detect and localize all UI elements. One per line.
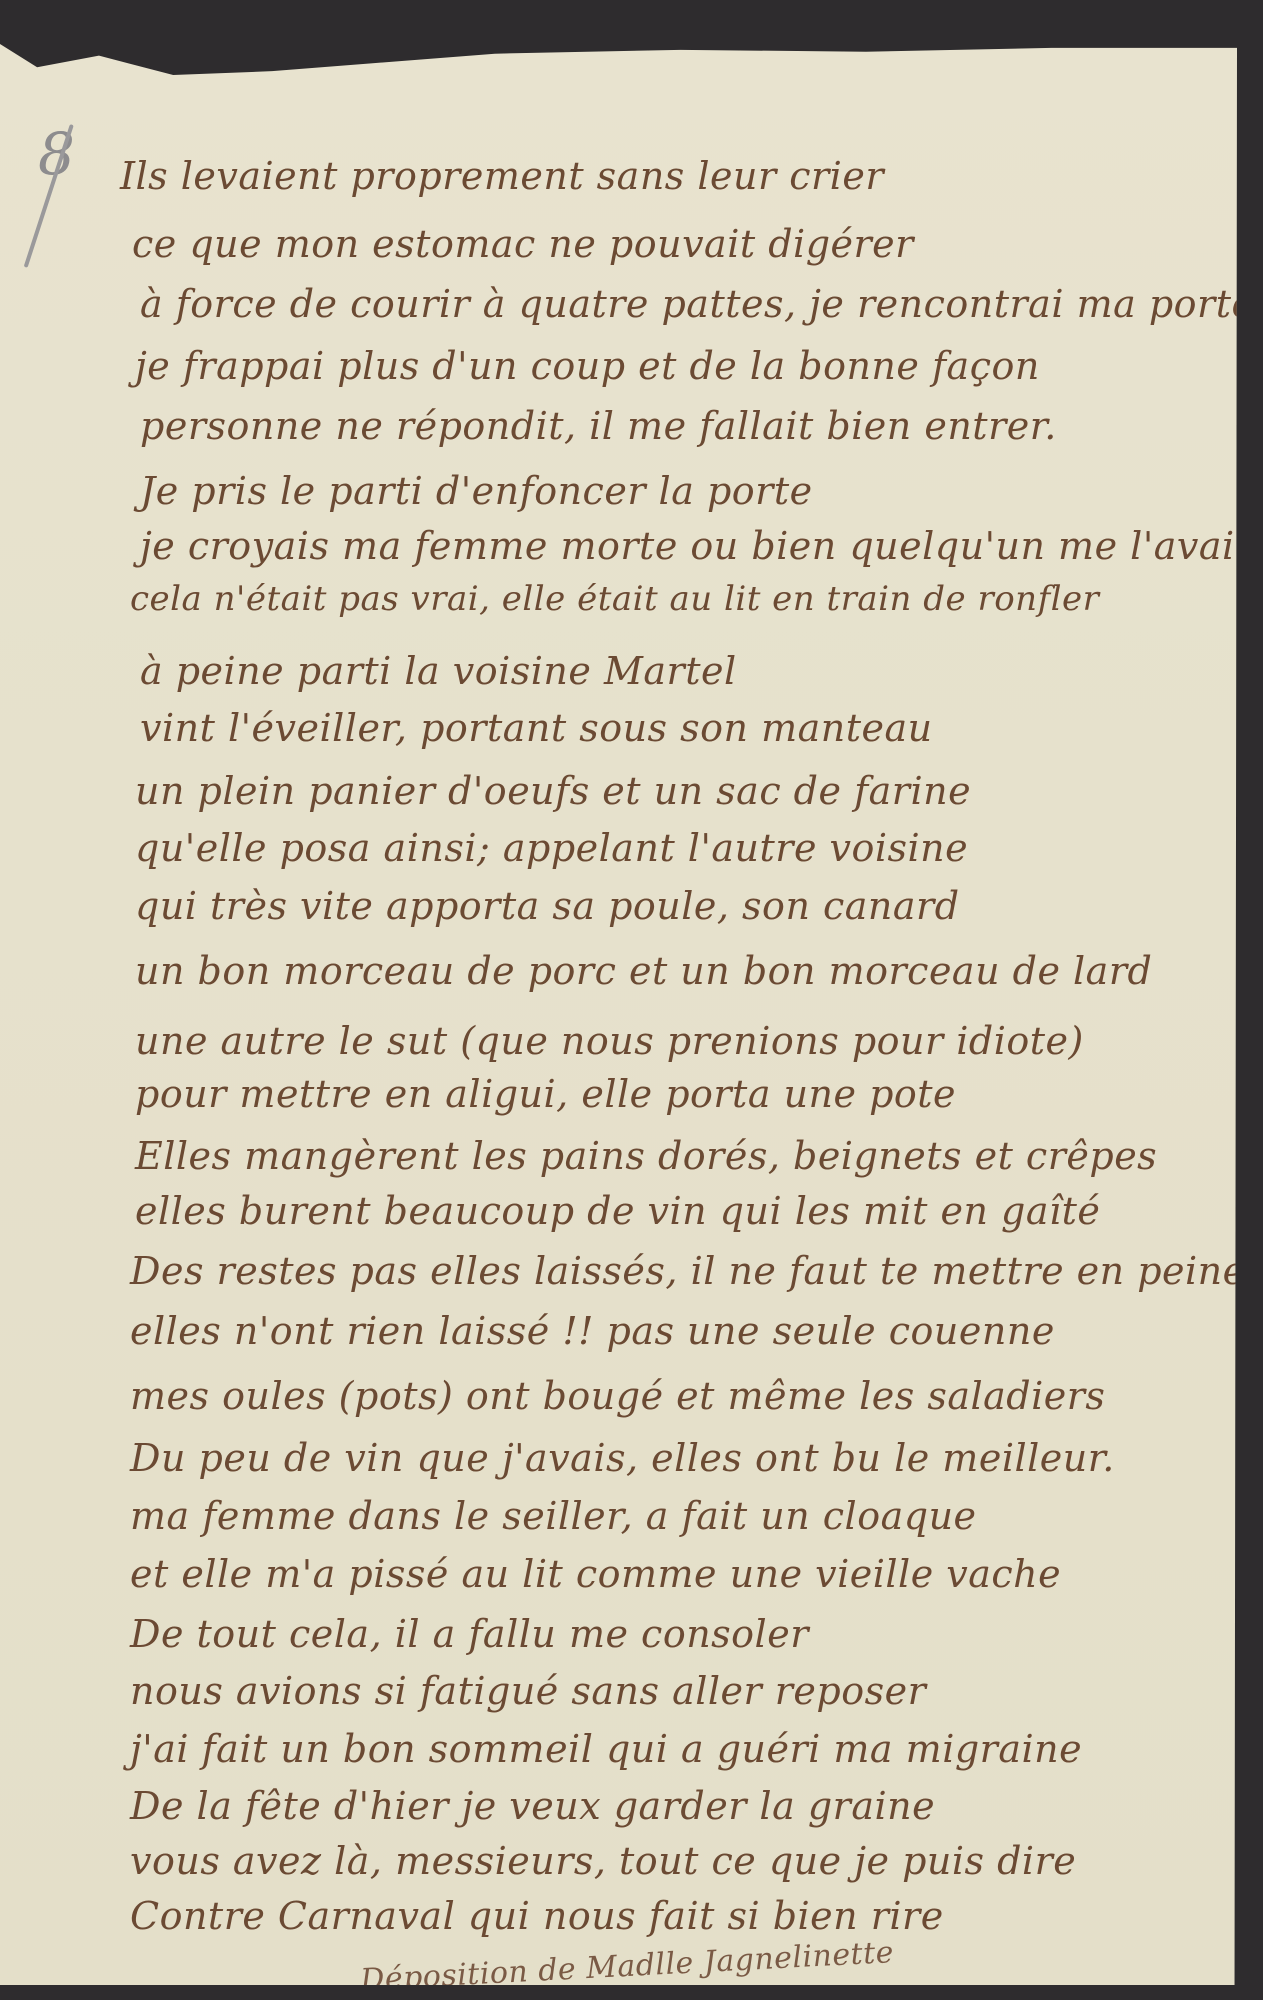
manuscript-line: qui très vite apporta sa poule, son cana… (135, 884, 960, 928)
manuscript-line: Du peu de vin que j'avais, elles ont bu … (130, 1436, 1115, 1480)
manuscript-line: qu'elle posa ainsi; appelant l'autre voi… (135, 826, 968, 870)
manuscript-line: vint l'éveiller, portant sous son mantea… (140, 706, 933, 750)
manuscript-line: De tout cela, il a fallu me consoler (130, 1612, 809, 1656)
manuscript-line: nous avions si fatigué sans aller repose… (130, 1669, 926, 1713)
manuscript-line: Elles mangèrent les pains dorés, beignet… (135, 1134, 1157, 1178)
manuscript-line: je croyais ma femme morte ou bien quelqu… (140, 524, 1263, 568)
manuscript-line: elles n'ont rien laissé !! pas une seule… (130, 1309, 1055, 1353)
manuscript-line: et elle m'a pissé au lit comme une vieil… (130, 1552, 1061, 1596)
manuscript-page: 8 Ils levaient proprement sans leur crie… (0, 44, 1237, 1985)
manuscript-line: je frappai plus d'un coup et de la bonne… (135, 344, 1040, 388)
manuscript-line: à peine parti la voisine Martel (140, 649, 737, 693)
manuscript-line: pour mettre en aligui, elle porta une po… (135, 1072, 956, 1116)
manuscript-line: un plein panier d'oeufs et un sac de far… (135, 769, 971, 813)
manuscript-line: Ils levaient proprement sans leur crier (120, 154, 884, 198)
manuscript-line: ce que mon estomac ne pouvait digérer (132, 222, 914, 266)
manuscript-line: j'ai fait un bon sommeil qui a guéri ma … (130, 1727, 1082, 1771)
manuscript-line: vous avez là, messieurs, tout ce que je … (130, 1839, 1076, 1883)
manuscript-line: Des restes pas elles laissés, il ne faut… (130, 1249, 1246, 1293)
manuscript-line: personne ne répondit, il me fallait bien… (140, 404, 1057, 448)
manuscript-line: une autre le sut (que nous prenions pour… (135, 1019, 1084, 1063)
manuscript-line: cela n'était pas vrai, elle était au lit… (130, 579, 1099, 619)
manuscript-line: un bon morceau de porc et un bon morceau… (135, 949, 1152, 993)
manuscript-line: à force de courir à quatre pattes, je re… (140, 282, 1254, 326)
manuscript-line: mes oules (pots) ont bougé et même les s… (130, 1374, 1105, 1418)
manuscript-line: elles burent beaucoup de vin qui les mit… (135, 1189, 1100, 1233)
manuscript-line: Contre Carnaval qui nous fait si bien ri… (130, 1894, 944, 1938)
manuscript-line: ma femme dans le seiller, a fait un cloa… (130, 1494, 977, 1538)
signature: Déposition de Madlle Jagnelinette (359, 1935, 894, 1998)
manuscript-line: De la fête d'hier je veux garder la grai… (130, 1784, 935, 1828)
manuscript-line: Je pris le parti d'enfoncer la porte (140, 469, 813, 513)
